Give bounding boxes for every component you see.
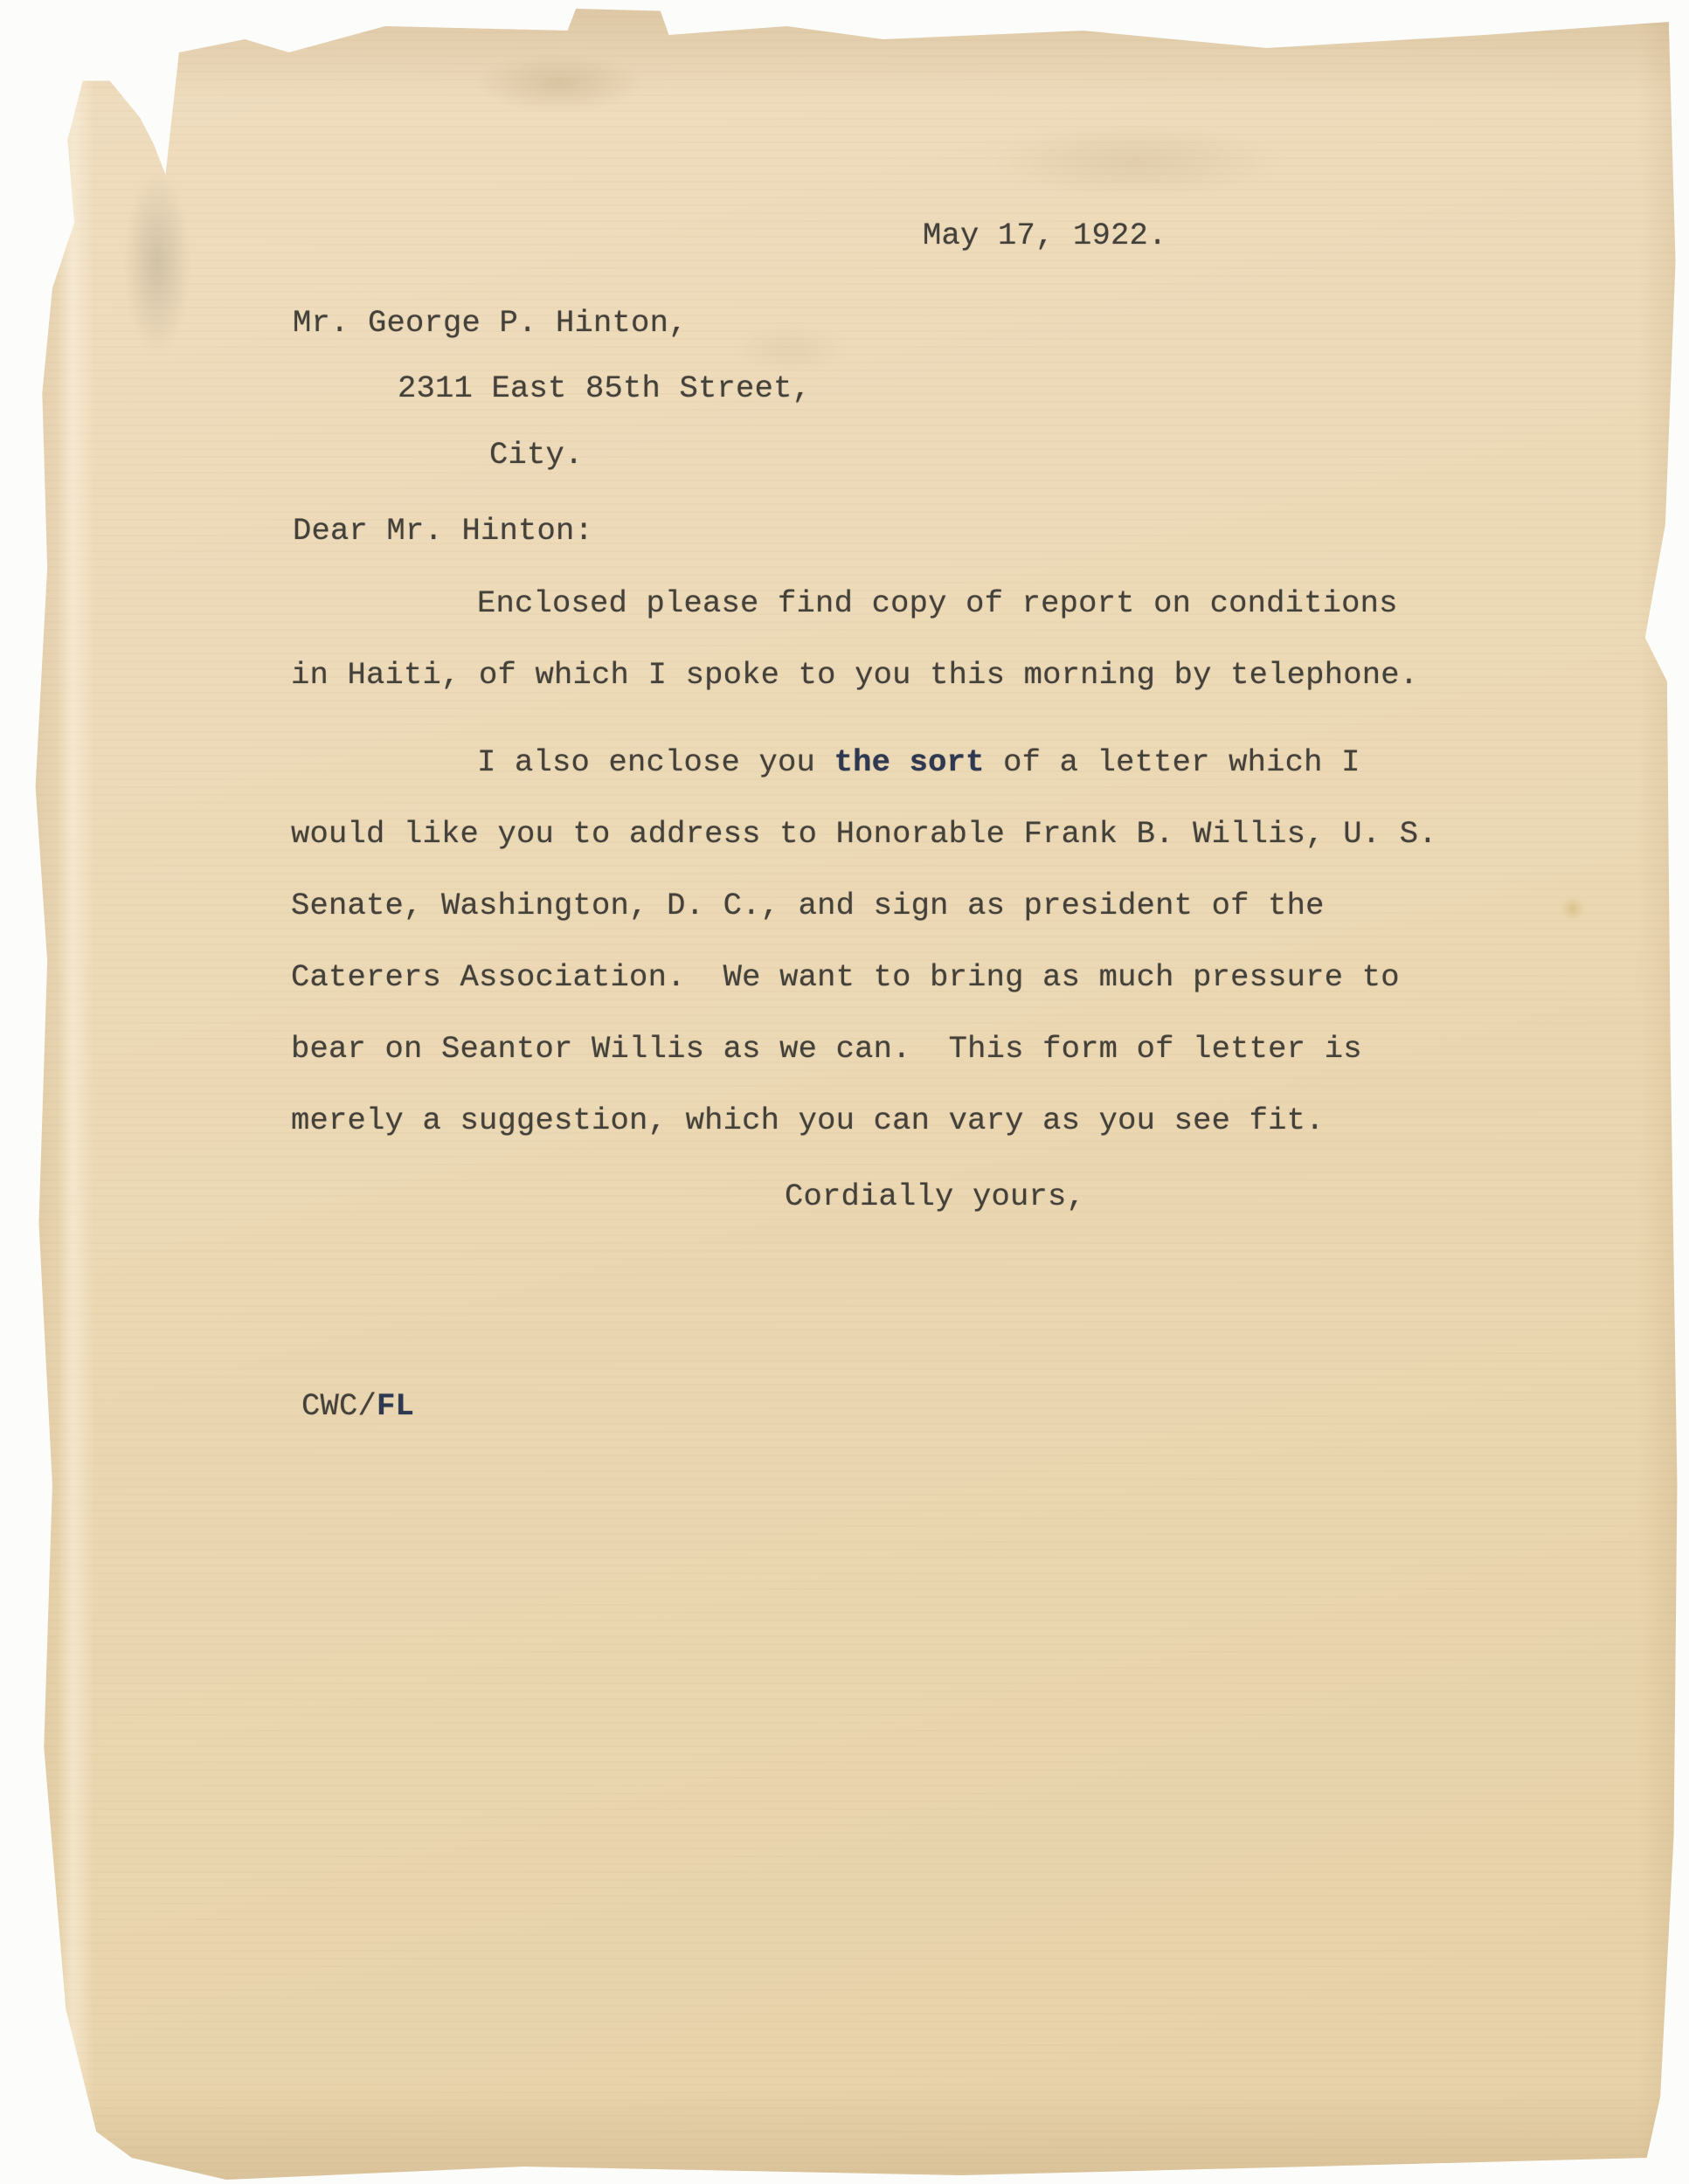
letter-body: Enclosed please find copy of report on c…	[291, 568, 1514, 1157]
letter-line: I also enclose you the sort of a letter …	[291, 727, 1514, 798]
letter-line: in Haiti, of which I spoke to you this m…	[291, 639, 1514, 711]
letter-line: merely a suggestion, which you can vary …	[291, 1085, 1514, 1157]
letter-line: would like you to address to Honorable F…	[291, 798, 1514, 870]
recipient-name: Mr. George P. Hinton,	[293, 308, 688, 339]
salutation: Dear Mr. Hinton:	[293, 515, 593, 547]
typed-text: Enclosed please find copy of report on c…	[477, 585, 1398, 621]
letter-line: Senate, Washington, D. C., and sign as p…	[291, 870, 1514, 942]
letter-line: Caterers Association. We want to bring a…	[291, 942, 1514, 1013]
closing-line: Cordially yours,	[785, 1181, 1085, 1213]
typed-text: merely a suggestion, which you can vary …	[291, 1102, 1325, 1138]
typed-text: bear on Seantor Willis as we can. This f…	[291, 1031, 1362, 1067]
overtyped-text: the sort	[834, 744, 985, 780]
recipient-city: City.	[489, 439, 584, 471]
recipient-street: 2311 East 85th Street,	[398, 373, 811, 404]
overtyped-text: FL	[377, 1388, 414, 1424]
typed-text: of a letter which I	[985, 744, 1360, 780]
typed-text: I also enclose you	[477, 744, 834, 780]
letter-line: bear on Seantor Willis as we can. This f…	[291, 1013, 1514, 1085]
scanned-letter-page: May 17, 1922. Mr. George P. Hinton, 2311…	[0, 0, 1689, 2184]
typed-text: CWC/	[301, 1388, 377, 1424]
aged-paper-sheet: May 17, 1922. Mr. George P. Hinton, 2311…	[0, 0, 1689, 2184]
typed-text: Caterers Association. We want to bring a…	[291, 959, 1400, 995]
reference-line: CWC/FL	[301, 1391, 414, 1422]
typed-text: in Haiti, of which I spoke to you this m…	[291, 657, 1418, 693]
typed-text: would like you to address to Honorable F…	[291, 816, 1437, 852]
letter-line: Enclosed please find copy of report on c…	[291, 568, 1514, 639]
letter-date: May 17, 1922.	[923, 220, 1167, 252]
typed-text: Senate, Washington, D. C., and sign as p…	[291, 888, 1325, 923]
